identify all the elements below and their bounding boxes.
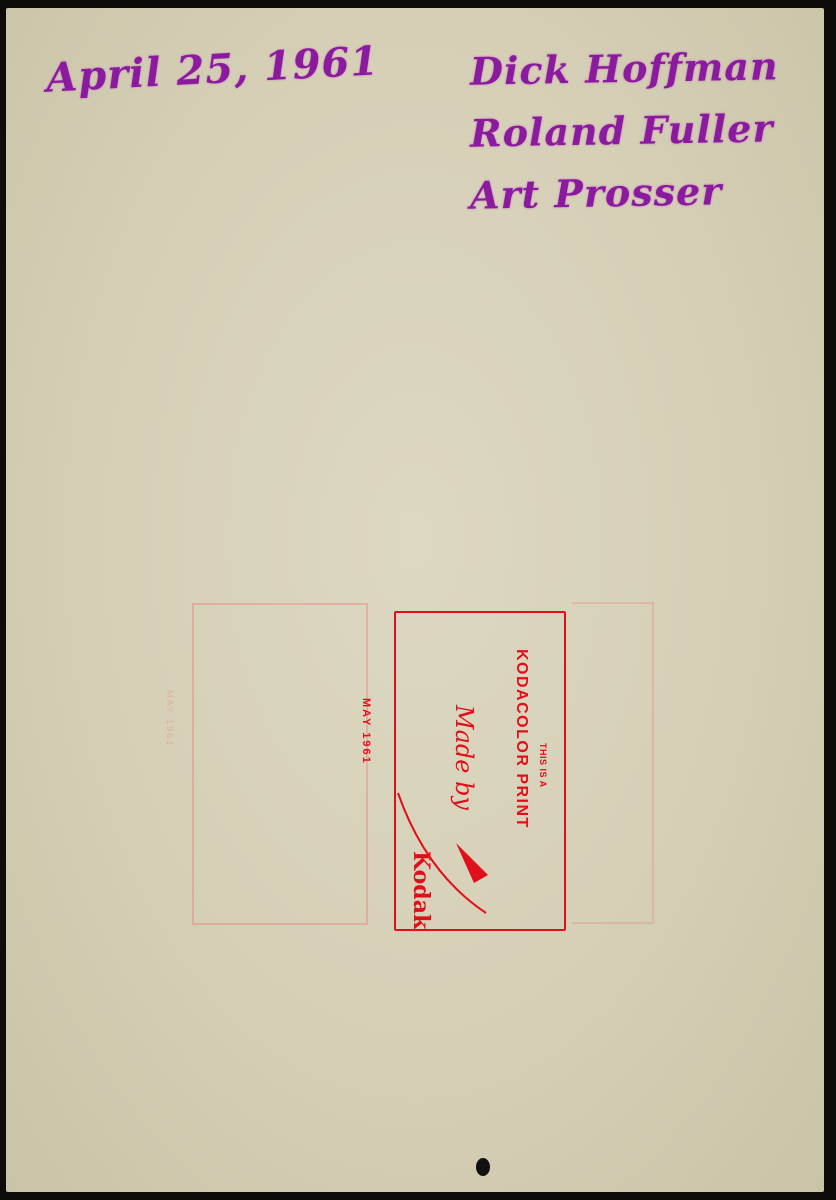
ghost-stamp-left [192,603,368,925]
name-line: Art Prosser [469,159,779,226]
name-line: Dick Hoffman [469,35,779,102]
kodak-logo: Kodak [408,851,434,929]
ghost-date-stamp: MAY 1961 [165,690,175,747]
name-line: Roland Fuller [469,97,779,164]
punch-hole [476,1158,490,1176]
stamp-text-block: THIS IS A KODACOLOR PRINT Made by Kodak [396,613,564,929]
ghost-stamp-right [572,602,654,924]
kodacolor-stamp: THIS IS A KODACOLOR PRINT Made by Kodak [394,611,566,931]
stamp-main-line: KODACOLOR PRINT [512,649,530,829]
photo-back-card: April 25, 1961 Dick Hoffman Roland Fulle… [6,8,824,1192]
handwritten-date: April 25, 1961 [45,37,380,101]
handwritten-names: Dick Hoffman Roland Fuller Art Prosser [470,38,779,224]
stamp-made-by: Made by [450,705,478,810]
stamp-border: THIS IS A KODACOLOR PRINT Made by Kodak [394,611,566,931]
stamp-small-line: THIS IS A [538,743,548,788]
processing-date-stamp: MAY 1961 [360,698,372,765]
